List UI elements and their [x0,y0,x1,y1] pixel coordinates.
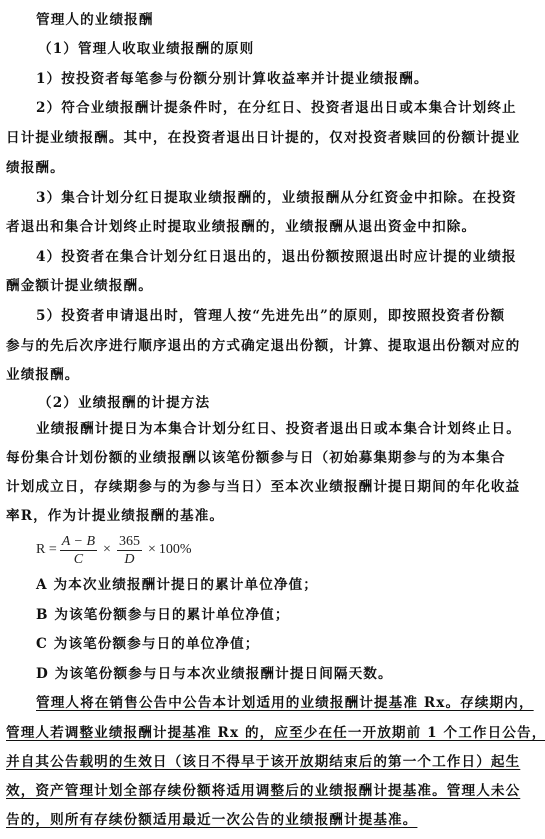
formula-lhs: R = [36,542,57,558]
underlined-line3: 并自其公告载明的生效日（该日不得早于该开放期结束后的第一个工作日）起生 [6,753,520,771]
rule-5-line1: 5）投资者申请退出时，管理人按“先进先出”的原则，即按照投资者份额 [36,307,505,325]
rule-2-line2: 日计提业绩报酬。其中，在投资者退出日计提的，仅对投资者赎回的份额计提业 [6,129,520,147]
rule-4-line1: 4）投资者在集合计划分红日退出的，退出份额按照退出时应计提的业绩报 [36,248,517,266]
method-line2: 每份集合计划份额的业绩报酬以该笔份额参与日（初始募集期参与的为本集合 [6,449,506,467]
times-sign: × [148,542,156,558]
rule-5-line2: 参与的先后次序进行顺序退出的方式确定退出份额，计算、提取退出份额对应的 [6,337,520,355]
method-line1: 业绩报酬计提日为本集合计划分红日、投资者退出日或本集合计划终止日。 [36,420,521,438]
rule-3-line1: 3）集合计划分红日提取业绩报酬的，业绩报酬从分红资金中扣除。在投资 [36,189,517,207]
underlined-line1: 管理人将在销售公告中公告本计划适用的业绩报酬计提基准 Rx。存续期内， [36,694,534,712]
section1-title: （1）管理人收取业绩报酬的原则 [38,40,254,58]
fraction-1-numerator: A − B [60,533,97,551]
underlined-line2: 管理人若调整业绩报酬计提基准 Rx 的，应至少在任一开放期前 1 个工作日公告， [6,724,545,742]
heading: 管理人的业绩报酬 [36,11,154,29]
rule-3-line2: 者退出和集合计划终止时提取业绩报酬的，业绩报酬从退出资金中扣除。 [6,218,476,236]
definition-c: C 为该笔份额参与日的单位净值； [36,635,259,653]
fraction-1-denominator: C [74,551,83,568]
method-line4: 率R，作为计提业绩报酬的基准。 [6,507,224,525]
rule-1: 1）按投资者每笔参与份额分别计算收益率并计提业绩报酬。 [36,70,429,88]
rule-2-line1: 2）符合业绩报酬计提条件时，在分红日、投资者退出日或本集合计划终止 [36,99,517,117]
times-sign: × [103,542,111,558]
rule-2-line3: 绩报酬。 [6,159,65,177]
section2-title: （2）业绩报酬的计提方法 [38,394,210,412]
underlined-line5: 告的，则所有存续份额适用最近一次公告的业绩报酬计提基准。 [6,811,417,829]
fraction-1: A − B C [60,533,97,568]
underlined-line4: 效，资产管理计划全部存续份额将适用调整后的业绩报酬计提基准。管理人未公 [6,782,520,800]
rule-5-line3: 业绩报酬。 [6,366,79,384]
fraction-2-numerator: 365 [117,533,142,551]
rule-4-line2: 酬金额计提业绩报酬。 [6,277,153,295]
definition-a: A 为本次业绩报酬计提日的累计单位净值； [36,576,318,594]
formula-tail: 100% [159,542,192,558]
definition-b: B 为该笔份额参与日的累计单位净值； [36,606,290,624]
fraction-2: 365 D [117,533,142,568]
formula: R = A − B C × 365 D × 100% [36,530,192,570]
method-line3: 计划成立日，存续期参与的为参与当日）至本次业绩报酬计提日期间的年化收益 [6,478,520,496]
definition-d: D 为该笔份额参与日与本次业绩报酬计提日间隔天数。 [36,665,393,683]
fraction-2-denominator: D [124,551,134,568]
